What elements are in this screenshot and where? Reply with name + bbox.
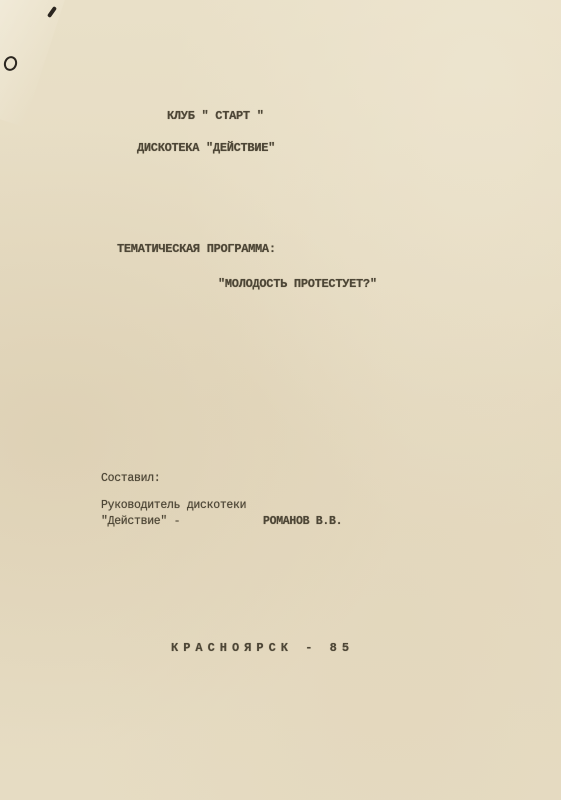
typewritten-title-page: КЛУБ " СТАРТ " ДИСКОТЕКА "ДЕЙСТВИЕ" ТЕМА…: [0, 0, 561, 800]
author-role-line-2: "Действие" -: [101, 516, 180, 528]
club-name: КЛУБ " СТАРТ ": [167, 110, 264, 122]
author-name: РОМАНОВ В.В.: [263, 516, 342, 528]
program-title: "МОЛОДОСТЬ ПРОТЕСТУЕТ?": [218, 278, 377, 290]
discotheque-name: ДИСКОТЕКА "ДЕЙСТВИЕ": [137, 142, 275, 154]
compiled-by-label: Составил:: [101, 473, 160, 485]
bleed-through-ink: [202, 452, 387, 544]
author-role-line-1: Руководитель дискотеки: [101, 500, 246, 512]
program-label: ТЕМАТИЧЕСКАЯ ПРОГРАММА:: [117, 243, 276, 255]
city-year: КРАСНОЯРСК - 85: [171, 642, 354, 654]
